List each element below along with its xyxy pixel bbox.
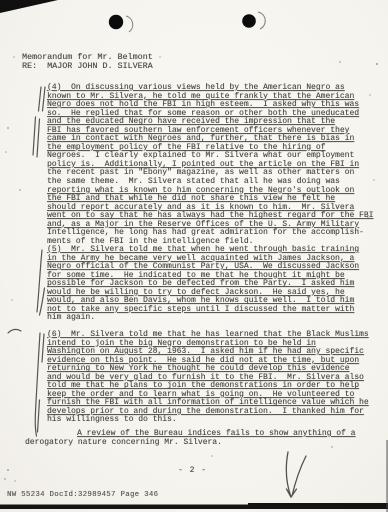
text-line: him again. bbox=[47, 314, 359, 323]
memo-re-line: RE: MAJOR JOHN D. SILVERA bbox=[22, 62, 153, 71]
text-line: derogatory nature concerning Mr. Silvera… bbox=[25, 439, 355, 448]
margin-emphasis-strokes bbox=[8, 87, 45, 436]
paragraph-6: (6) Mr. Silvera told me that he has lear… bbox=[47, 331, 369, 425]
paragraph-5: (5) Mr. Silvera told me that when he wen… bbox=[47, 246, 359, 323]
checkmark-arrow bbox=[286, 452, 306, 497]
text-line: his willingness to do this. bbox=[47, 416, 369, 425]
scanned-document-page: Memorandum for Mr. Belmont RE: MAJOR JOH… bbox=[0, 0, 388, 512]
bottom-edge-bar bbox=[248, 503, 388, 509]
corner-wedge bbox=[0, 0, 58, 13]
paragraph-4: (4) On discussing various views held by … bbox=[47, 84, 373, 246]
punch-ring-mark bbox=[126, 16, 133, 32]
page-number: - 2 - bbox=[178, 466, 207, 475]
bottom-edge-bar bbox=[0, 505, 388, 510]
hole-punch-icon bbox=[109, 15, 123, 29]
hole-punch-icon bbox=[242, 14, 256, 28]
archive-reference-line: NW 55234 DocId:32989457 Page 346 bbox=[7, 491, 158, 499]
punch-ring-mark bbox=[258, 12, 265, 29]
memo-header: Memorandum for Mr. Belmont RE: MAJOR JOH… bbox=[22, 53, 153, 72]
closing-paragraph: A review of the Bureau indices fails to … bbox=[25, 430, 355, 447]
